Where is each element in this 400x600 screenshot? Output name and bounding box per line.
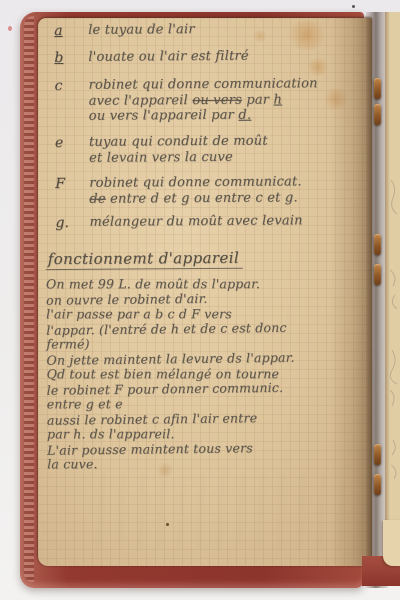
entry-line: et levain vers la cuve — [89, 149, 268, 166]
entry-line: de entre d et g ou entre c et g. — [89, 190, 302, 207]
entry-line: tuyau qui conduit de moût — [89, 134, 268, 151]
paragraph-line: On jette maintent la levure ds l'appar. — [46, 350, 294, 368]
photo-background: a le tuyau de l'air b l'ouate ou l'air e… — [0, 0, 400, 600]
binding-stitch — [374, 474, 381, 495]
paragraph-line: entre g et e — [47, 396, 295, 411]
paragraph-line: la cuve. — [47, 456, 295, 471]
entry-e: e tuyau qui conduit de moût et levain ve… — [49, 134, 268, 167]
entry-label: a — [48, 23, 88, 39]
entry-line: l'ouate ou l'air est filtré — [88, 49, 249, 66]
paragraph-line: le robinet F pour donner communic. — [47, 380, 295, 398]
paragraph-line: fermé) — [46, 336, 294, 351]
underlined-ref: h — [273, 92, 282, 107]
handwritten-notes: a le tuyau de l'air b l'ouate ou l'air e… — [36, 17, 374, 567]
entry-line: robinet qui donne communicat. — [89, 174, 302, 191]
paragraph-line: Qd tout est bien mélangé on tourne — [47, 366, 295, 381]
struck-text: ou vers — [192, 92, 242, 107]
entry-label: F — [49, 176, 89, 192]
binding-stitch — [374, 234, 381, 255]
paragraph-line: l'air passe par a b c d F vers — [46, 306, 294, 321]
entry-a: a le tuyau de l'air — [48, 22, 195, 39]
entry-line: le tuyau de l'air — [88, 22, 195, 38]
entry-label: g. — [49, 215, 89, 231]
entry-line: mélangeur du moût avec levain — [89, 213, 302, 230]
entry-label: c — [49, 78, 89, 94]
text-segment: par — [242, 92, 274, 107]
adjacent-page-corner — [383, 520, 400, 566]
paragraph-line: On met 99 L. de moût ds l'appar. — [46, 276, 294, 291]
section-heading: fonctionnemt d'appareil — [46, 249, 244, 270]
adjacent-page-writing-marks — [387, 60, 400, 520]
underlined-ref: d. — [238, 108, 251, 123]
binding-stitch — [374, 104, 381, 125]
entry-line: robinet qui donne communication — [89, 76, 318, 93]
entry-c: c robinet qui donne communication avec l… — [49, 76, 318, 124]
background-speck — [8, 26, 12, 31]
entry-b: b l'ouate ou l'air est filtré — [48, 49, 249, 66]
entry-F: F robinet qui donne communicat. de entre… — [49, 174, 302, 207]
binding-stitch — [374, 444, 381, 465]
entry-line: ou vers l'appareil par d. — [89, 107, 318, 124]
text-segment: avec l'appareil — [89, 93, 193, 109]
binding-stitch — [374, 78, 381, 99]
entry-line: avec l'appareil ou vers par h — [89, 92, 318, 109]
text-segment: entre d et g ou entre c et g. — [106, 190, 298, 206]
paragraph-line: aussi le robinet c afin l'air entre — [47, 410, 295, 428]
paragraph-line: l'appar. (l'entré de h et de c est donc — [46, 320, 294, 338]
text-segment: ou vers l'appareil par — [89, 108, 239, 124]
notebook-page: a le tuyau de l'air b l'ouate ou l'air e… — [38, 18, 372, 566]
binding-stitch — [374, 264, 381, 285]
paragraph-line: on ouvre le robinet d'air. — [46, 290, 294, 308]
paragraph-line: L'air pousse maintent tous vers — [47, 440, 295, 458]
background-speck — [352, 5, 355, 8]
entry-label: e — [49, 135, 89, 151]
entry-g: g. mélangeur du moût avec levain — [49, 213, 302, 231]
cover-edge-stripes — [24, 16, 34, 582]
entry-label: b — [48, 50, 88, 66]
paragraph-line: par h. ds l'appareil. — [47, 426, 295, 441]
struck-text: de — [89, 191, 106, 206]
paragraph: On met 99 L. de moût ds l'appar. on ouvr… — [46, 275, 296, 472]
